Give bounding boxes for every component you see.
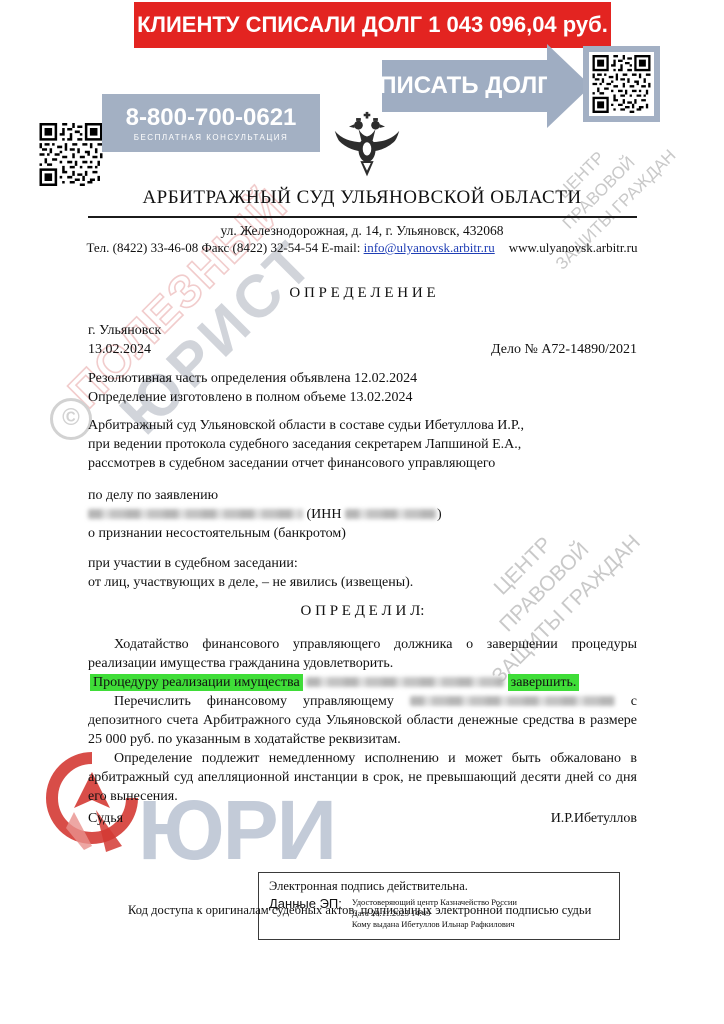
city-line: г. Ульяновск bbox=[88, 321, 637, 340]
qr-code-promo bbox=[583, 46, 660, 122]
email-link[interactable]: info@ulyanovsk.arbitr.ru bbox=[364, 240, 495, 255]
debt-banner: КЛИЕНТУ СПИСАЛИ ДОЛГ 1 043 096,04 руб. bbox=[134, 2, 611, 48]
court-name: АРБИТРАЖНЫЙ СУД УЛЬЯНОВСКОЙ ОБЛАСТИ bbox=[0, 187, 724, 209]
redacted-inn bbox=[345, 509, 437, 519]
judge-row: Судья И.Р.Ибетуллов bbox=[88, 809, 637, 828]
redacted-name bbox=[410, 696, 615, 706]
write-off-debts-button[interactable]: СПИСАТЬ ДОЛГИ bbox=[382, 60, 548, 112]
court-contacts: Тел. (8422) 33-46-08 Факс (8422) 32-54-5… bbox=[0, 240, 724, 256]
judge-name: И.Р.Ибетуллов bbox=[551, 809, 637, 828]
contacts-text: Тел. (8422) 33-46-08 Факс (8422) 32-54-5… bbox=[86, 240, 363, 255]
document-date: 13.02.2024 bbox=[88, 340, 151, 359]
header-divider bbox=[88, 216, 637, 218]
copyright-mark-icon: © bbox=[50, 398, 92, 440]
phone-badge: 8-800-700-0621 БЕСПЛАТНАЯ КОНСУЛЬТАЦИЯ bbox=[102, 94, 320, 152]
highlight-start: Процедуру реализации имущества bbox=[90, 674, 303, 691]
composition-paragraph: Арбитражный суд Ульяновской области в со… bbox=[88, 416, 637, 473]
phone-subtitle: БЕСПЛАТНАЯ КОНСУЛЬТАЦИЯ bbox=[134, 133, 289, 142]
redacted-name bbox=[306, 677, 504, 687]
signature-valid-line: Электронная подпись действительна. bbox=[269, 878, 619, 894]
participation-paragraph: при участии в судебном заседании: от лиц… bbox=[88, 554, 637, 592]
highlight-end: завершить. bbox=[508, 674, 580, 691]
court-address: ул. Железнодорожная, д. 14, г. Ульяновск… bbox=[0, 223, 724, 239]
case-paragraph: по делу по заявлению (ИНН ) о признании … bbox=[88, 486, 637, 543]
applicant-line: (ИНН ) bbox=[88, 505, 637, 524]
document-title: О П Р Е Д Е Л Е Н И Е bbox=[88, 284, 637, 303]
document-page: ПОЛЕЗНЫЙ ЮРИСТ © ЦЕНТР ПРАВОВОЙ ЗАЩИТЫ Г… bbox=[0, 0, 724, 1024]
qr-code-document bbox=[38, 123, 104, 186]
ruled-title: О П Р Е Д Е Л И Л: bbox=[88, 602, 637, 621]
redacted-name bbox=[88, 509, 303, 519]
transfer-paragraph: Перечислить финансовому управляющему с д… bbox=[88, 692, 637, 749]
case-number: Дело № А72-14890/2021 bbox=[491, 340, 637, 359]
resolutive-paragraph: Резолютивная часть определения объявлена… bbox=[88, 369, 637, 407]
appeal-paragraph: Определение подлежит немедленному исполн… bbox=[88, 749, 637, 806]
motion-paragraph: Ходатайство финансового управляющего дол… bbox=[88, 635, 637, 673]
judge-label: Судья bbox=[88, 809, 123, 828]
website-text: www.ulyanovsk.arbitr.ru bbox=[509, 240, 638, 255]
coat-of-arms-icon bbox=[329, 110, 405, 187]
phone-number: 8-800-700-0621 bbox=[126, 105, 297, 131]
access-code-line: Код доступа к оригиналам судебных актов,… bbox=[128, 903, 591, 918]
highlighted-ruling-line: Процедуру реализации имущества завершить… bbox=[88, 673, 639, 692]
date-case-row: 13.02.2024 Дело № А72-14890/2021 bbox=[88, 340, 637, 359]
